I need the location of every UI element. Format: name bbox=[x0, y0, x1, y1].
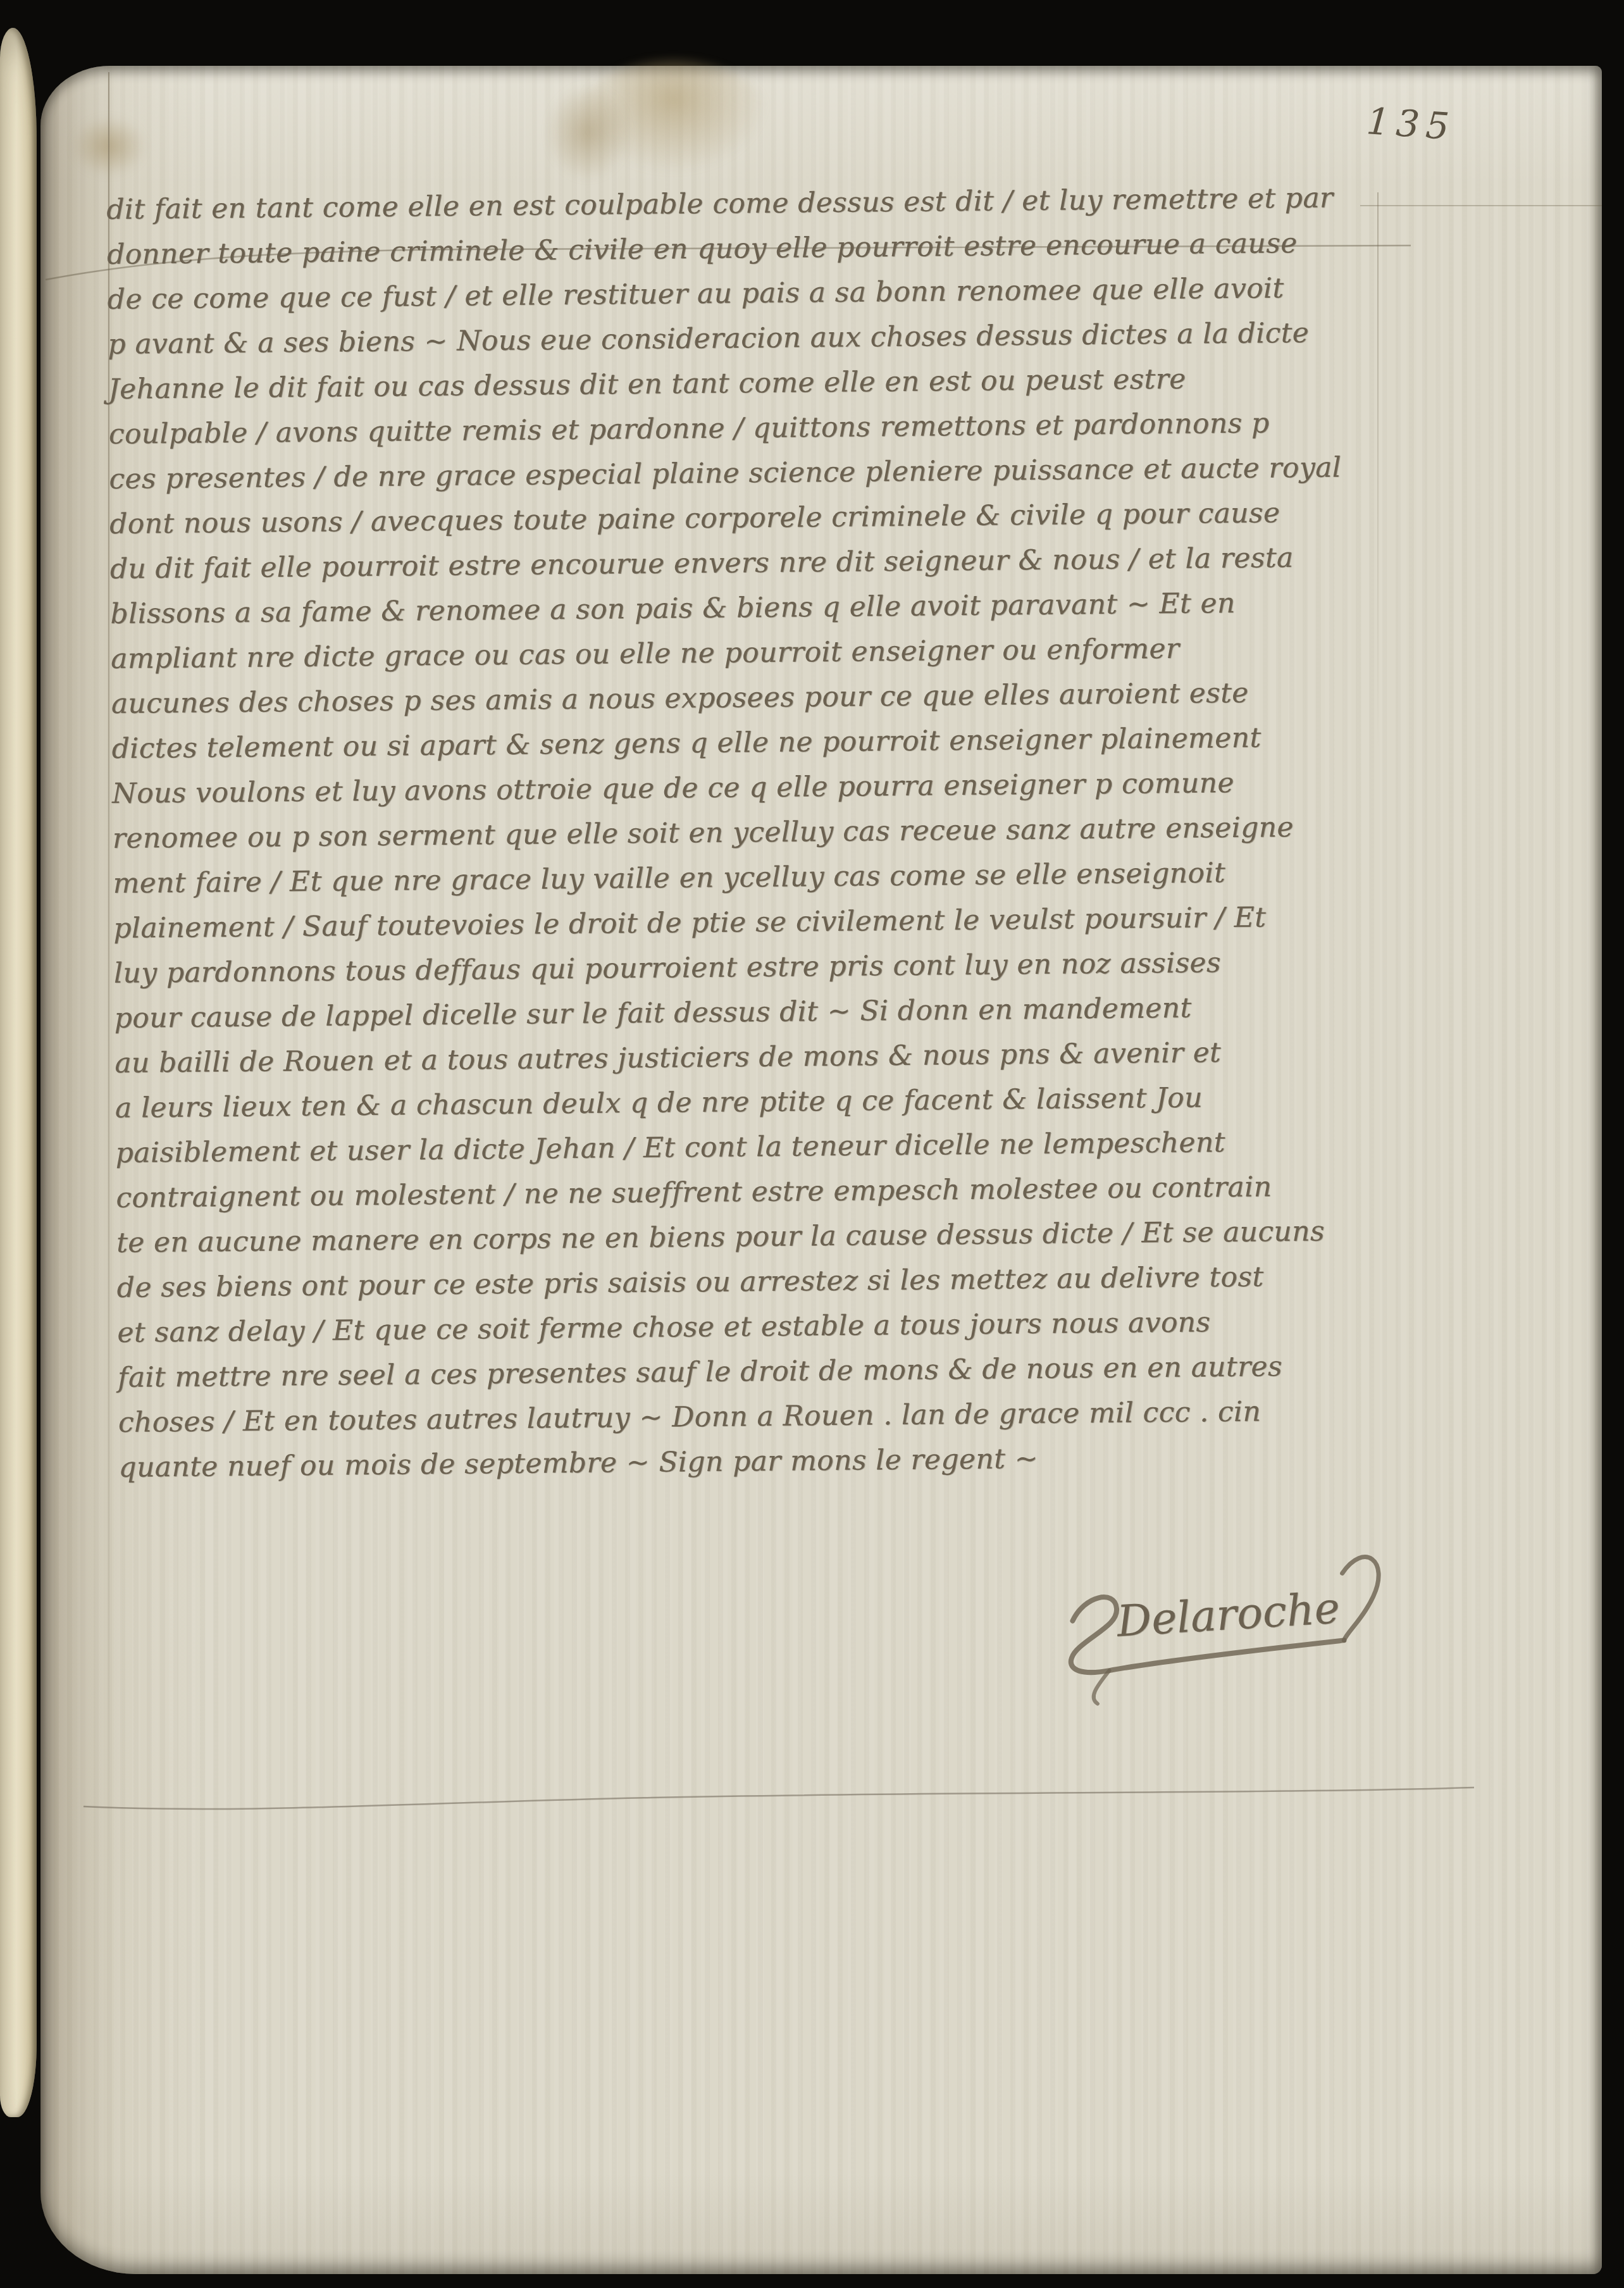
folio-number: 135 bbox=[1365, 99, 1457, 149]
manuscript-page: 135 dit fait en tant come elle en est co… bbox=[40, 66, 1602, 2274]
photograph-background: 135 dit fait en tant come elle en est co… bbox=[0, 0, 1624, 2288]
parchment-stain-corner bbox=[71, 116, 147, 177]
parchment-stain-drip bbox=[547, 85, 629, 180]
pencil-line bbox=[82, 1781, 1493, 1819]
manuscript-text-block: dit fait en tant come elle en est coulpa… bbox=[106, 175, 1447, 1490]
signature-block: Delaroche bbox=[1010, 1533, 1407, 1732]
underlying-page-edge bbox=[0, 28, 37, 2117]
